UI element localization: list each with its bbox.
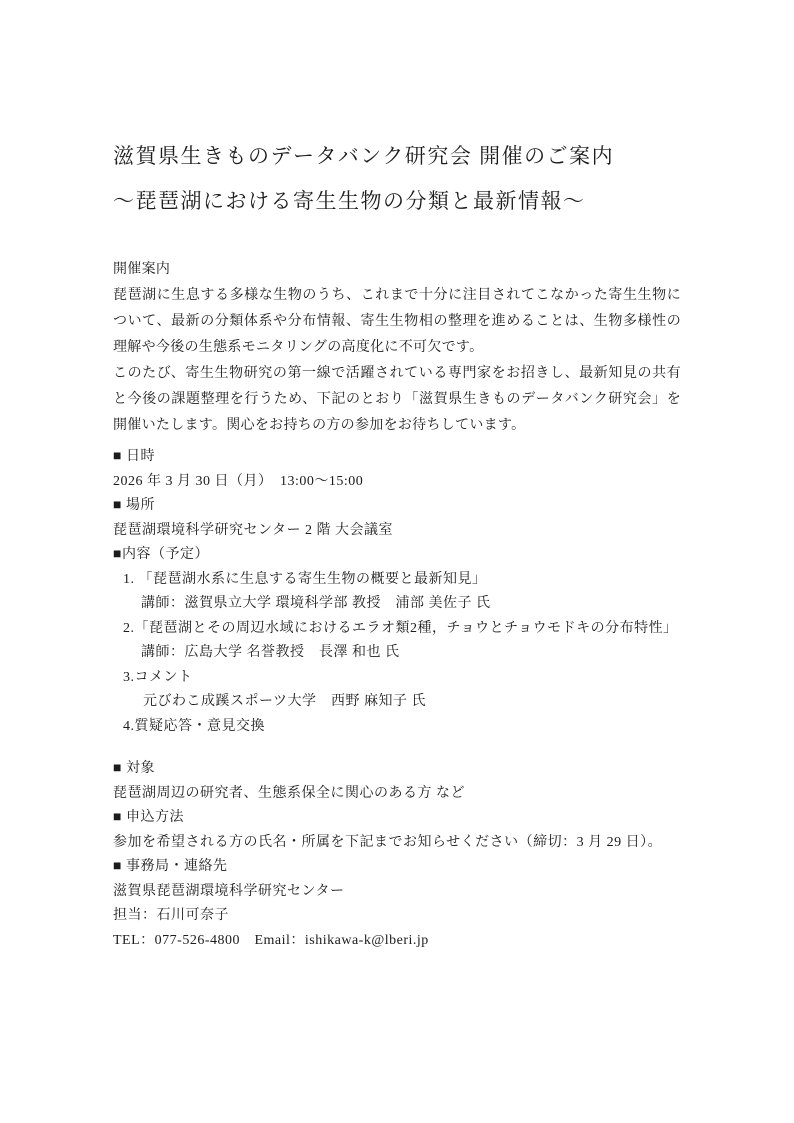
place-heading: ■ 場所 bbox=[113, 494, 681, 519]
agenda-item-3-speaker: 元びわこ成蹊スポーツ大学 西野 麻知子 氏 bbox=[113, 690, 681, 715]
agenda-heading: ■内容（予定） bbox=[113, 543, 681, 568]
document-title-line1: 滋賀県生きものデータバンク研究会 開催のご案内 bbox=[113, 144, 614, 168]
document-title: 滋賀県生きものデータバンク研究会 開催のご案内 〜琵琶湖における寄生生物の分類と… bbox=[113, 134, 681, 224]
application-heading: ■ 申込方法 bbox=[113, 806, 681, 831]
application-value: 参加を希望される方の氏名・所属を下記までお知らせください（締切：3 月 29 日… bbox=[113, 831, 681, 856]
office-tel-email: TEL：077-526-4800 Email：ishikawa-k@lberi.… bbox=[113, 929, 681, 954]
document-title-line2: 〜琵琶湖における寄生生物の分類と最新情報〜 bbox=[113, 189, 586, 213]
event-details-section: ■ 日時 2026 年 3 月 30 日（月） 13:00～15:00 ■ 場所… bbox=[113, 445, 681, 739]
agenda-item-1-speaker: 講師：滋賀県立大学 環境科学部 教授 浦部 美佐子 氏 bbox=[113, 592, 681, 617]
agenda-list: 1. 「琵琶湖水系に生息する寄生生物の概要と最新知見」 講師：滋賀県立大学 環境… bbox=[113, 568, 681, 740]
office-heading: ■ 事務局・連絡先 bbox=[113, 855, 681, 880]
office-organization: 滋賀県琵琶湖環境科学研究センター bbox=[113, 880, 681, 905]
intro-section: 開催案内 琵琶湖に生息する多様な生物のうち、これまで十分に注目されてこなかった寄… bbox=[113, 257, 681, 439]
application-section: ■ 対象 琵琶湖周辺の研究者、生態系保全に関心のある方 など ■ 申込方法 参加… bbox=[113, 757, 681, 953]
agenda-item-2: 2.「琵琶湖とその周辺水域におけるエラオ類2種，チョウとチョウモドキの分布特性」 bbox=[113, 617, 681, 642]
document-content: 滋賀県生きものデータバンク研究会 開催のご案内 〜琵琶湖における寄生生物の分類と… bbox=[0, 0, 794, 953]
place-value: 琵琶湖環境科学研究センター 2 階 大会議室 bbox=[113, 519, 681, 544]
audience-value: 琵琶湖周辺の研究者、生態系保全に関心のある方 など bbox=[113, 782, 681, 807]
intro-heading: 開催案内 bbox=[113, 257, 681, 283]
audience-heading: ■ 対象 bbox=[113, 757, 681, 782]
intro-paragraph-1: 琵琶湖に生息する多様な生物のうち、これまで十分に注目されてこなかった寄生生物につ… bbox=[113, 283, 681, 361]
datetime-value: 2026 年 3 月 30 日（月） 13:00～15:00 bbox=[113, 470, 681, 495]
intro-paragraph-2: このたび、寄生生物研究の第一線で活躍されている専門家をお招きし、最新知見の共有と… bbox=[113, 361, 681, 439]
document-page: 滋賀県生きものデータバンク研究会 開催のご案内 〜琵琶湖における寄生生物の分類と… bbox=[0, 0, 794, 1123]
agenda-item-3: 3.コメント bbox=[113, 666, 681, 691]
agenda-item-1: 1. 「琵琶湖水系に生息する寄生生物の概要と最新知見」 bbox=[113, 568, 681, 593]
agenda-item-4: 4.質疑応答・意見交換 bbox=[113, 715, 681, 740]
office-contact-person: 担当：石川可奈子 bbox=[113, 904, 681, 929]
datetime-heading: ■ 日時 bbox=[113, 445, 681, 470]
agenda-item-2-speaker: 講師：広島大学 名誉教授 長澤 和也 氏 bbox=[113, 641, 681, 666]
